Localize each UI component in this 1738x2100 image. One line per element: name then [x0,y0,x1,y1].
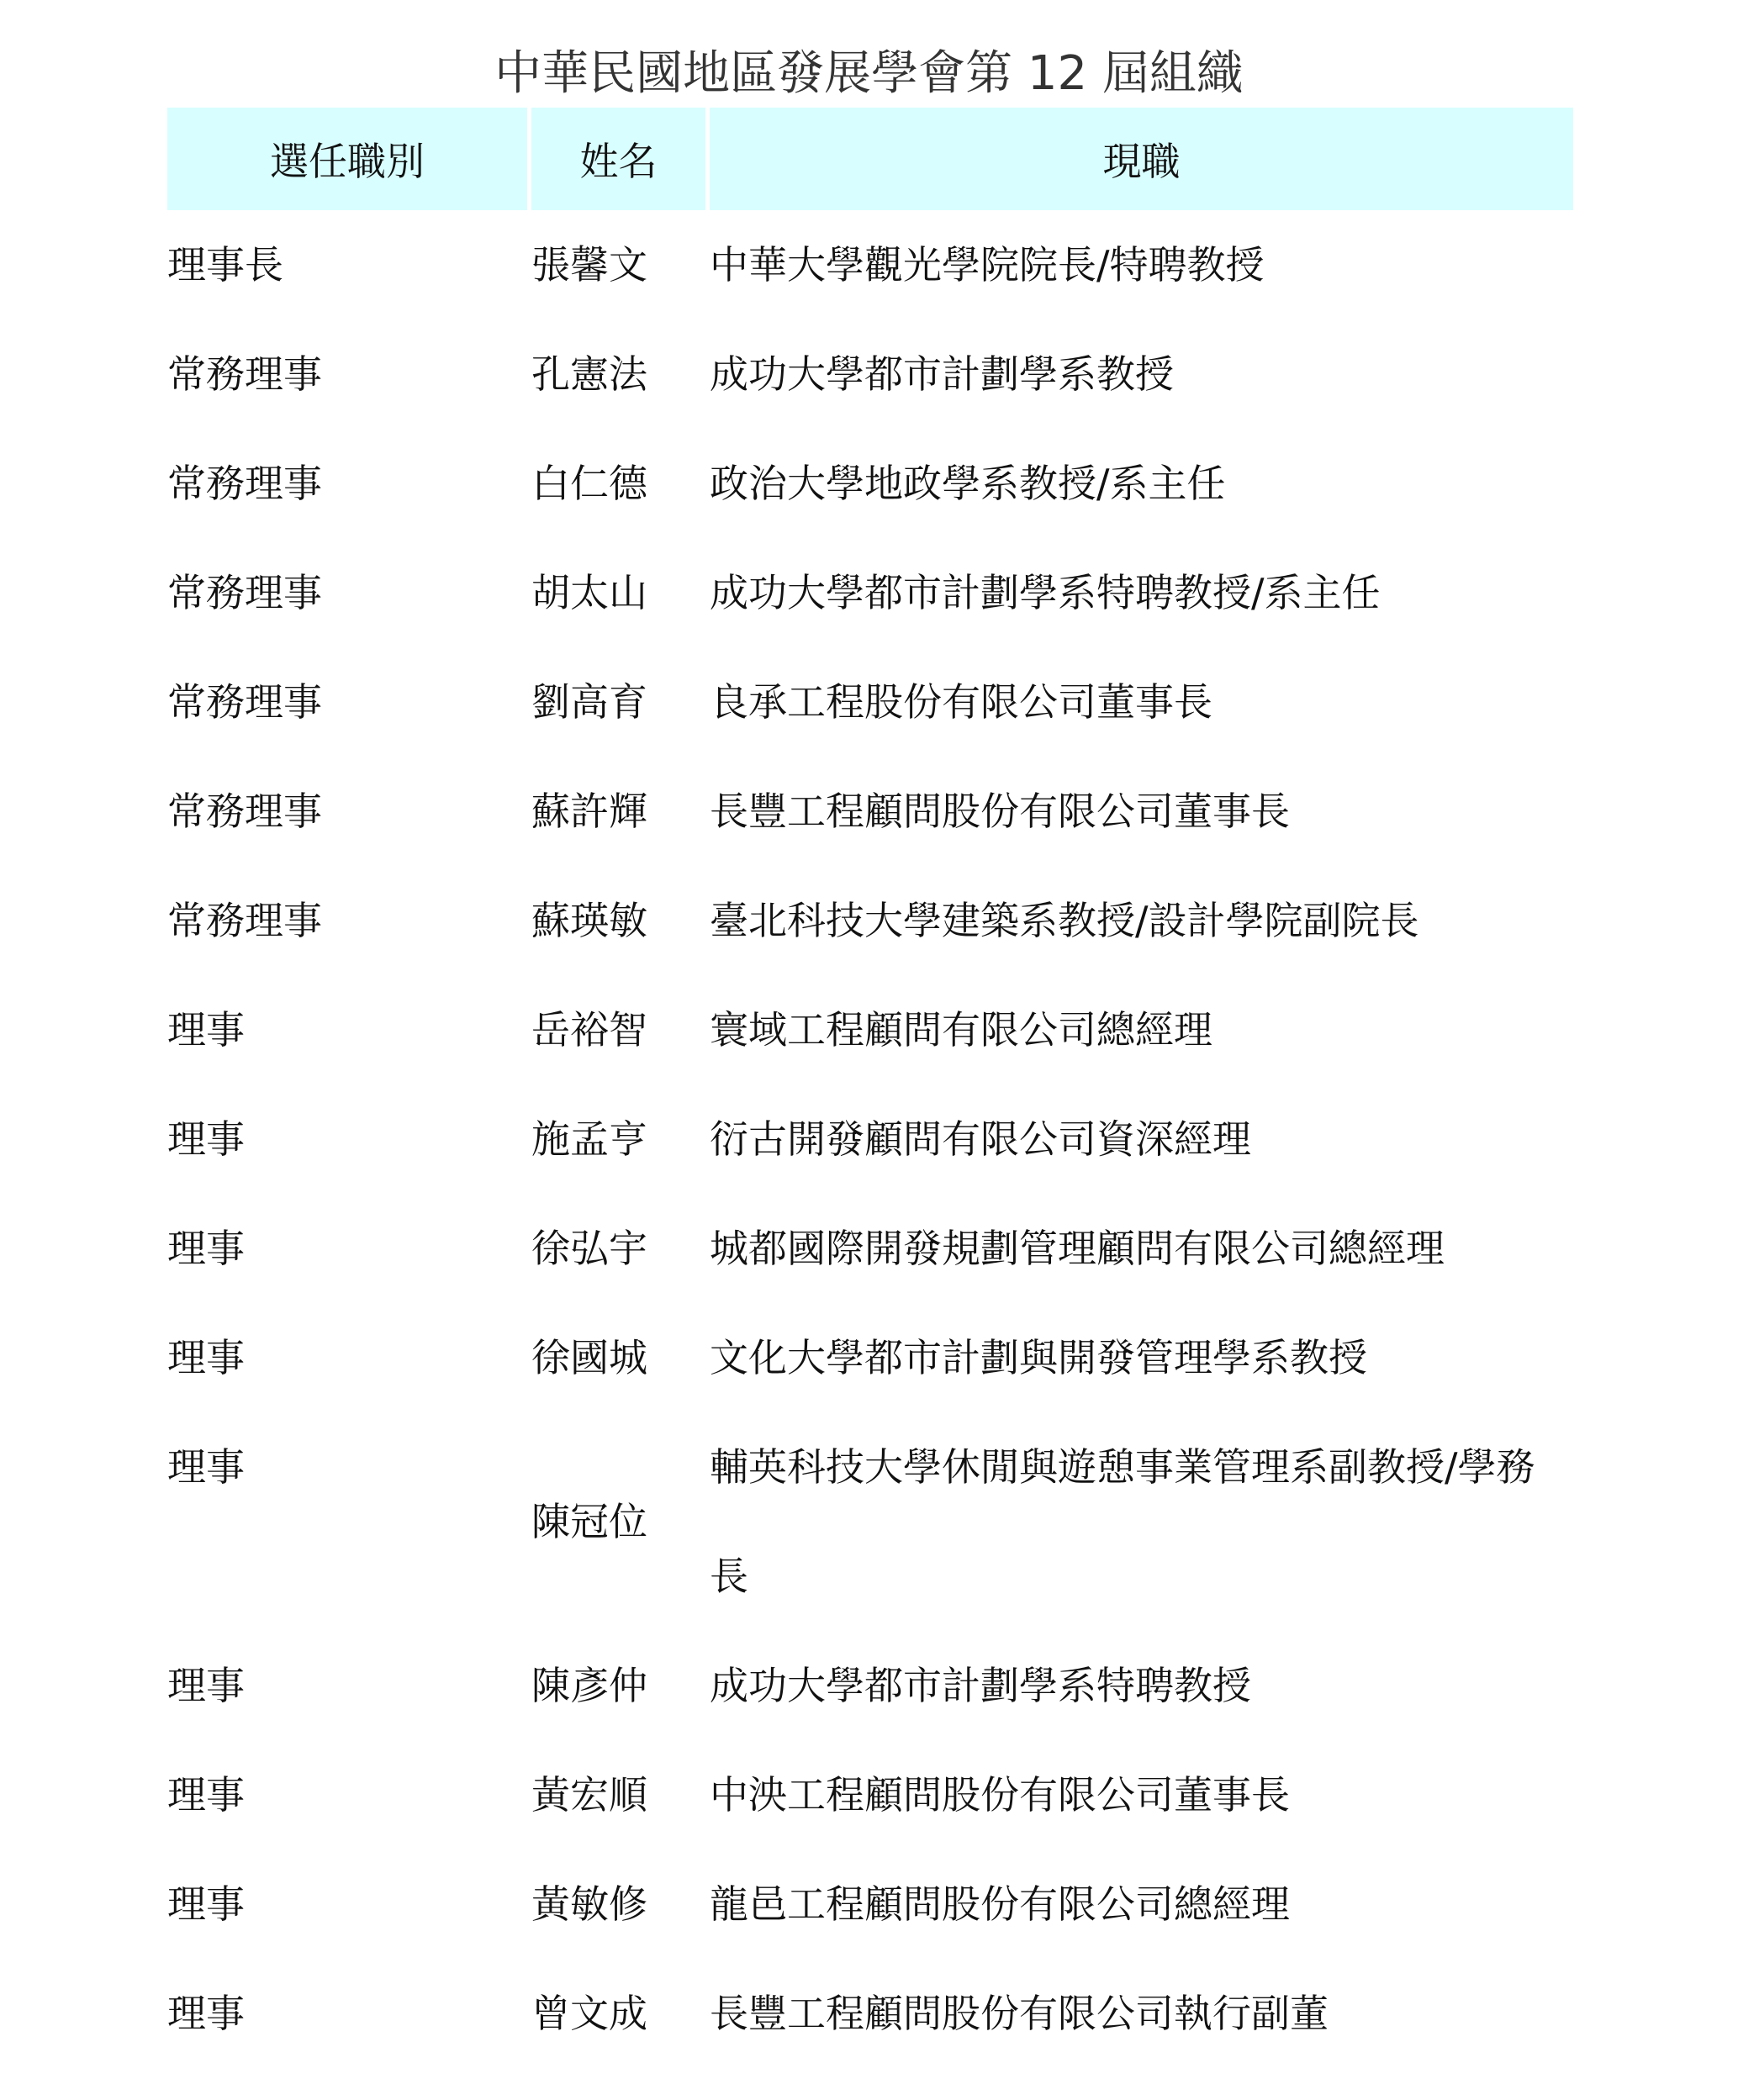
header-position: 選任職別 [167,108,527,210]
cell-current-job: 成功大學都市計劃學系特聘教授/系主任 [710,538,1573,647]
cell-name: 岳裕智 [531,975,705,1084]
cell-position: 理事 [167,1084,527,1194]
cell-position: 理事 [167,1303,527,1412]
table-row: 理事黃宏順中泱工程顧問股份有限公司董事長 [167,1740,1573,1849]
table-row: 常務理事蘇許輝長豐工程顧問股份有限公司董事長 [167,757,1573,866]
cell-position: 理事 [167,1959,527,2068]
page-title: 中華民國地區發展學會第 12 屆組織 [0,40,1738,108]
cell-current-job: 輔英科技大學休閒與遊憩事業管理系副教授/學務長 [710,1412,1573,1631]
table-row: 理事施孟亨衍古開發顧問有限公司資深經理 [167,1084,1573,1194]
table-row: 理事徐弘宇城都國際開發規劃管理顧問有限公司總經理 [167,1194,1573,1303]
table-row: 理事黃敏修龍邑工程顧問股份有限公司總經理 [167,1849,1573,1959]
cell-current-job: 城都國際開發規劃管理顧問有限公司總經理 [710,1194,1573,1303]
cell-current-job: 長豐工程顧問股份有限公司董事長 [710,757,1573,866]
table-row: 常務理事蘇瑛敏臺北科技大學建築系教授/設計學院副院長 [167,866,1573,975]
table-row: 常務理事白仁德政治大學地政學系教授/系主任 [167,429,1573,538]
cell-position: 理事 [167,1849,527,1959]
cell-position: 理事 [167,1631,527,1740]
cell-position: 常務理事 [167,319,527,429]
cell-current-job: 長豐工程顧問股份有限公司執行副董 [710,1959,1573,2068]
cell-current-job: 臺北科技大學建築系教授/設計學院副院長 [710,866,1573,975]
table-row: 常務理事孔憲法成功大學都市計劃學系教授 [167,319,1573,429]
organization-table: 選任職別 姓名 現職 理事長張馨文中華大學觀光學院院長/特聘教授常務理事孔憲法成… [163,108,1577,2068]
cell-name: 黃敏修 [531,1849,705,1959]
cell-name: 蘇瑛敏 [531,866,705,975]
cell-name: 施孟亨 [531,1084,705,1194]
cell-name: 胡太山 [531,538,705,647]
cell-current-job: 政治大學地政學系教授/系主任 [710,429,1573,538]
cell-position: 常務理事 [167,647,527,757]
cell-name: 徐弘宇 [531,1194,705,1303]
table-row: 常務理事胡太山成功大學都市計劃學系特聘教授/系主任 [167,538,1573,647]
table-row: 理事陳彥仲成功大學都市計劃學系特聘教授 [167,1631,1573,1740]
cell-position: 常務理事 [167,538,527,647]
cell-position: 理事 [167,1194,527,1303]
cell-position: 理事 [167,975,527,1084]
cell-name: 陳彥仲 [531,1631,705,1740]
header-name: 姓名 [531,108,705,210]
cell-current-job: 寰域工程顧問有限公司總經理 [710,975,1573,1084]
cell-position: 常務理事 [167,866,527,975]
cell-current-job: 成功大學都市計劃學系教授 [710,319,1573,429]
cell-position: 常務理事 [167,757,527,866]
table-row: 理事陳冠位輔英科技大學休閒與遊憩事業管理系副教授/學務長 [167,1412,1573,1631]
cell-current-job: 中泱工程顧問股份有限公司董事長 [710,1740,1573,1849]
cell-name: 張馨文 [531,210,705,319]
cell-position: 理事 [167,1740,527,1849]
cell-current-job: 良承工程股份有限公司董事長 [710,647,1573,757]
table-row: 常務理事劉高育良承工程股份有限公司董事長 [167,647,1573,757]
cell-current-job: 龍邑工程顧問股份有限公司總經理 [710,1849,1573,1959]
cell-name: 徐國城 [531,1303,705,1412]
cell-position: 理事 [167,1412,527,1631]
cell-current-job: 文化大學都市計劃與開發管理學系教授 [710,1303,1573,1412]
cell-current-job: 中華大學觀光學院院長/特聘教授 [710,210,1573,319]
cell-name: 孔憲法 [531,319,705,429]
cell-position: 常務理事 [167,429,527,538]
table-header-row: 選任職別 姓名 現職 [167,108,1573,210]
table-row: 理事岳裕智寰域工程顧問有限公司總經理 [167,975,1573,1084]
cell-position: 理事長 [167,210,527,319]
table-row: 理事長張馨文中華大學觀光學院院長/特聘教授 [167,210,1573,319]
cell-current-job: 衍古開發顧問有限公司資深經理 [710,1084,1573,1194]
cell-name: 黃宏順 [531,1740,705,1849]
header-current-job: 現職 [710,108,1573,210]
cell-name: 劉高育 [531,647,705,757]
cell-name: 曾文成 [531,1959,705,2068]
table-row: 理事曾文成長豐工程顧問股份有限公司執行副董 [167,1959,1573,2068]
cell-name: 白仁德 [531,429,705,538]
cell-name: 陳冠位 [531,1412,705,1631]
table-row: 理事徐國城文化大學都市計劃與開發管理學系教授 [167,1303,1573,1412]
cell-name: 蘇許輝 [531,757,705,866]
cell-current-job: 成功大學都市計劃學系特聘教授 [710,1631,1573,1740]
